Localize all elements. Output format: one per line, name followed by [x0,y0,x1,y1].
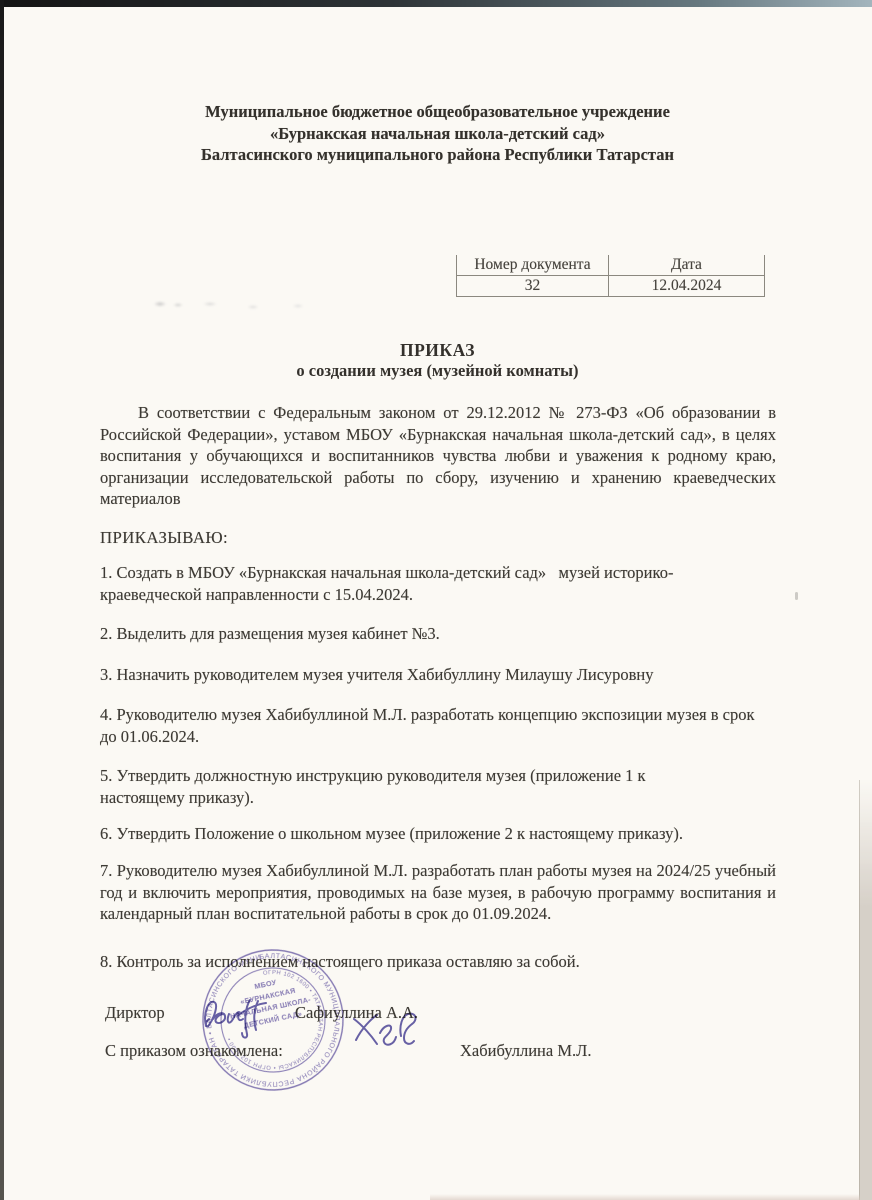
table-header-date: Дата [609,255,764,276]
document-number-table: Номер документа Дата 32 12.04.2024 [456,255,765,297]
order-item-6: 6. Утвердить Положение о школьном музее … [100,823,776,845]
acknowledgment-signature [346,1006,442,1060]
director-signature [198,992,294,1044]
order-item-5: 5. Утвердить должностную инструкцию руко… [100,765,680,808]
document-title-block: ПРИКАЗ о создании музея (музейной комнат… [100,340,775,381]
director-signature-stroke [205,1000,266,1038]
table-value-date: 12.04.2024 [609,276,764,296]
preamble-paragraph: В соответствии с Федеральным законом от … [100,402,776,510]
scanned-order-document: Муниципальное бюджетное общеобразователь… [0,0,872,1200]
order-item-3: 3. Назначить руководителем музея учителя… [100,664,776,686]
org-header-line1: Муниципальное бюджетное общеобразователь… [100,101,775,123]
table-value-doc-number: 32 [457,276,609,296]
scan-edge-top [0,0,872,7]
order-item-7: 7. Руководителю музея Хабибуллиной М.Л. … [100,860,776,925]
document-title: ПРИКАЗ [100,340,775,361]
order-item-1: 1. Создать в МБОУ «Бурнакская начальная … [100,562,746,605]
scan-edge-bottom [430,1194,860,1200]
org-header-line3: Балтасинского муниципального района Респ… [100,144,775,166]
document-subtitle: о создании музея (музейной комнаты) [100,361,775,382]
acknowledgment-name: Хабибуллина М.Л. [460,1040,591,1062]
org-header-line2: «Бурнакская начальная школа-детский сад» [100,123,775,145]
acknowledgment-signature-stroke [354,1014,415,1045]
order-item-2: 2. Выделить для размещения музея кабинет… [100,623,776,645]
org-header: Муниципальное бюджетное общеобразователь… [100,101,775,166]
resolution-word: ПРИКАЗЫВАЮ: [100,527,775,549]
pencil-smudge [148,298,318,313]
scan-edge-left [0,0,4,1200]
order-item-4: 4. Руководителю музея Хабибуллиной М.Л. … [100,704,760,747]
scan-edge-right [859,780,872,1200]
table-header-doc-number: Номер документа [457,255,609,276]
scan-fleck [795,592,798,600]
director-label: Дирктор [105,1002,165,1024]
